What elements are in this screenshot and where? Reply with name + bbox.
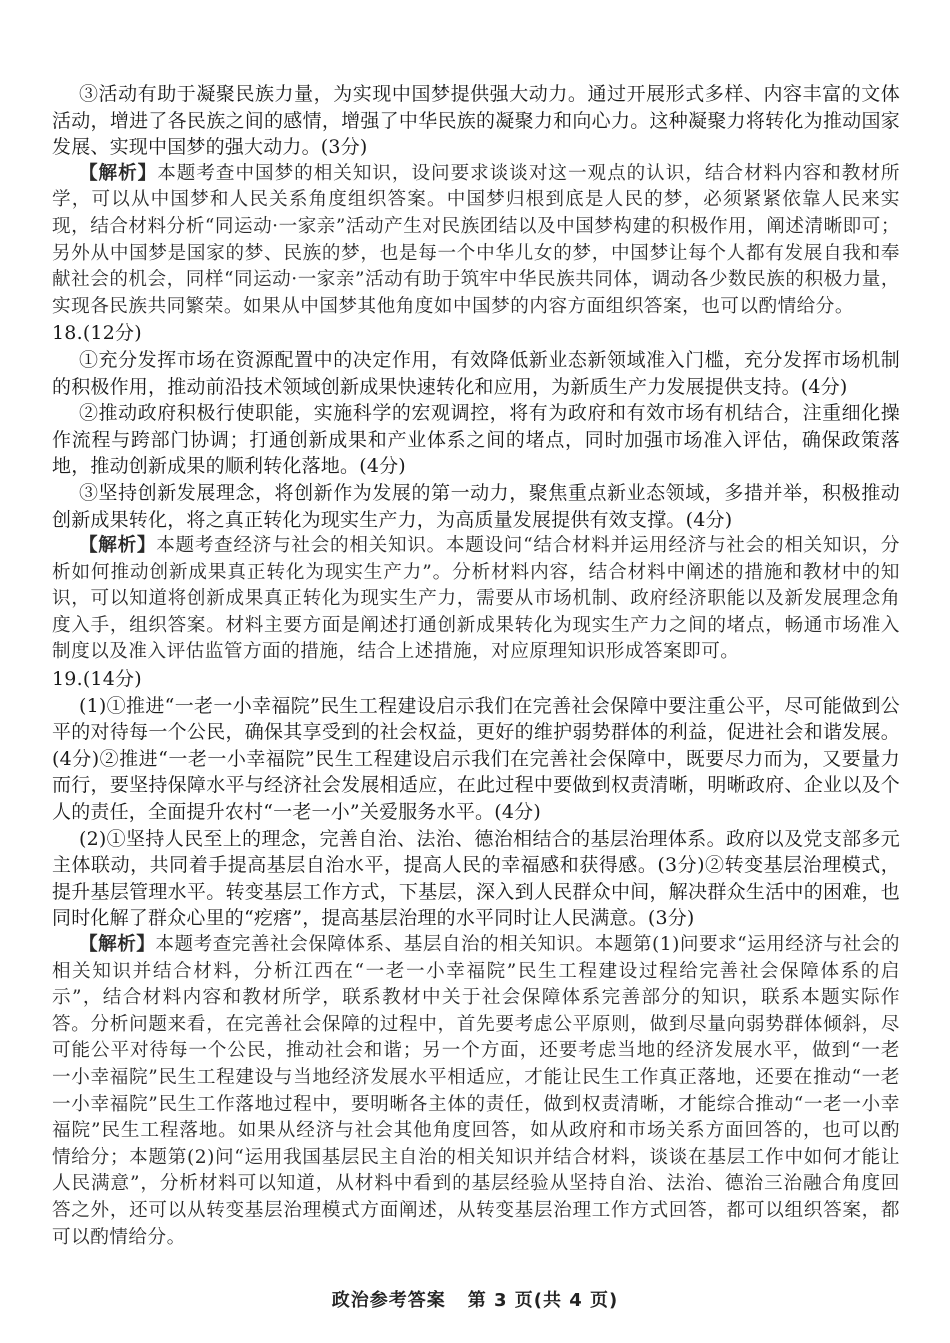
question-19-heading: 19.(14分) [52, 666, 900, 693]
answer-19-1: (1)①推进“一老一小幸福院”民生工程建设启示我们在完善社会保障中要注重公平，尽… [52, 693, 900, 826]
footer-subject: 政治参考答案 [332, 1290, 446, 1311]
answer-document: ③活动有助于凝聚民族力量，为实现中国梦提供强大动力。通过开展形式多样、内容丰富的… [52, 81, 900, 1251]
analysis-label: 【解析】 [79, 163, 157, 184]
analysis-17: 【解析】本题考查中国梦的相关知识，设问要求谈谈对这一观点的认识，结合材料内容和教… [52, 161, 900, 321]
footer-page-number: 第 3 页(共 4 页) [468, 1290, 619, 1311]
page-footer: 政治参考答案第 3 页(共 4 页) [0, 1286, 950, 1312]
answer-17-3: ③活动有助于凝聚民族力量，为实现中国梦提供强大动力。通过开展形式多样、内容丰富的… [52, 81, 900, 161]
analysis-18: 【解析】本题考查经济与社会的相关知识。本题设问“结合材料并运用经济与社会的相关知… [52, 533, 900, 666]
analysis-19: 【解析】本题考查完善社会保障体系、基层自治的相关知识。本题第(1)问要求“运用经… [52, 932, 900, 1251]
question-18-heading: 18.(12分) [52, 320, 900, 347]
answer-18-3: ③坚持创新发展理念，将创新作为发展的第一动力，聚焦重点新业态领域，多措并举，积极… [52, 480, 900, 533]
analysis-label: 【解析】 [79, 535, 156, 556]
analysis-text: 本题考查完善社会保障体系、基层自治的相关知识。本题第(1)问要求“运用经济与社会… [52, 934, 900, 1248]
answer-18-2: ②推动政府积极行使职能，实施科学的宏观调控，将有为政府和有效市场有机结合，注重细… [52, 400, 900, 480]
analysis-label: 【解析】 [79, 934, 155, 955]
analysis-text: 本题考查中国梦的相关知识，设问要求谈谈对这一观点的认识，结合材料内容和教材所学，… [52, 163, 900, 317]
answer-18-1: ①充分发挥市场在资源配置中的决定作用，有效降低新业态新领域准入门槛，充分发挥市场… [52, 347, 900, 400]
answer-19-2: (2)①坚持人民至上的理念，完善自治、法治、德治相结合的基层治理体系。政府以及党… [52, 826, 900, 932]
analysis-text: 本题考查经济与社会的相关知识。本题设问“结合材料并运用经济与社会的相关知识，分析… [52, 535, 900, 662]
